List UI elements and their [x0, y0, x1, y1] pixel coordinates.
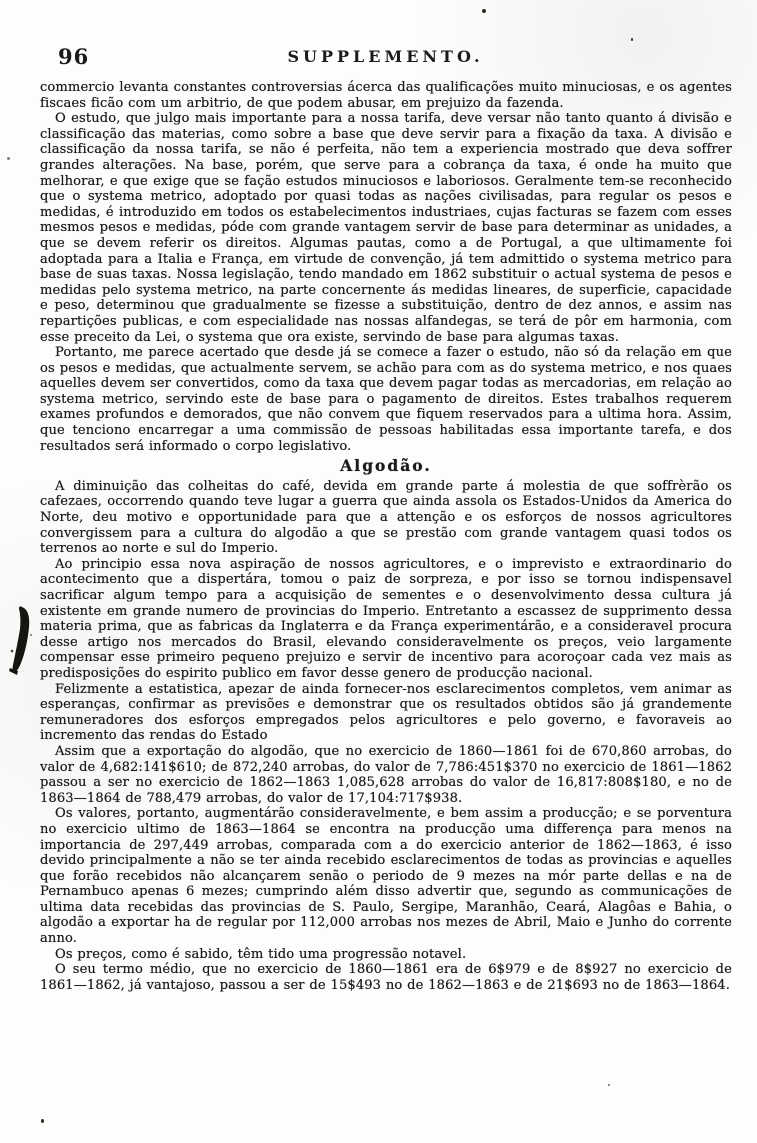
- paragraph: Felizmente a estatistica, apezar de aind…: [40, 682, 732, 744]
- paragraph: O seu termo médio, que no exercicio de 1…: [40, 962, 732, 993]
- paragraph: Portanto, me parece acertado que desde j…: [40, 345, 732, 454]
- page-header: 96 SUPPLEMENTO.: [40, 44, 731, 70]
- paragraph: O estudo, que julgo mais importante para…: [40, 111, 732, 345]
- ink-blot: [6, 605, 42, 683]
- ink-speck: [482, 9, 486, 13]
- paragraph: commercio levanta constantes controversi…: [40, 80, 732, 111]
- document-body: commercio levanta constantes controversi…: [40, 80, 732, 993]
- running-title: SUPPLEMENTO.: [40, 47, 731, 66]
- ink-speck: [41, 1119, 44, 1123]
- ink-speck: [7, 157, 10, 160]
- paragraph: A diminuição das colheitas do café, devi…: [40, 479, 732, 557]
- paragraph: Os preços, como é sabido, têm tido uma p…: [40, 947, 732, 963]
- paragraph: Ao principio essa nova aspiração de noss…: [40, 557, 732, 682]
- ink-speck: [608, 1084, 610, 1086]
- paragraph: Os valores, portanto, augmentárão consid…: [40, 806, 732, 946]
- scanned-document-page: 96 SUPPLEMENTO. commercio levanta consta…: [0, 0, 757, 1143]
- section-heading-algodao: Algodão.: [40, 458, 732, 474]
- ink-speck: [631, 38, 633, 41]
- paragraph: Assim que a exportação do algodão, que n…: [40, 744, 732, 806]
